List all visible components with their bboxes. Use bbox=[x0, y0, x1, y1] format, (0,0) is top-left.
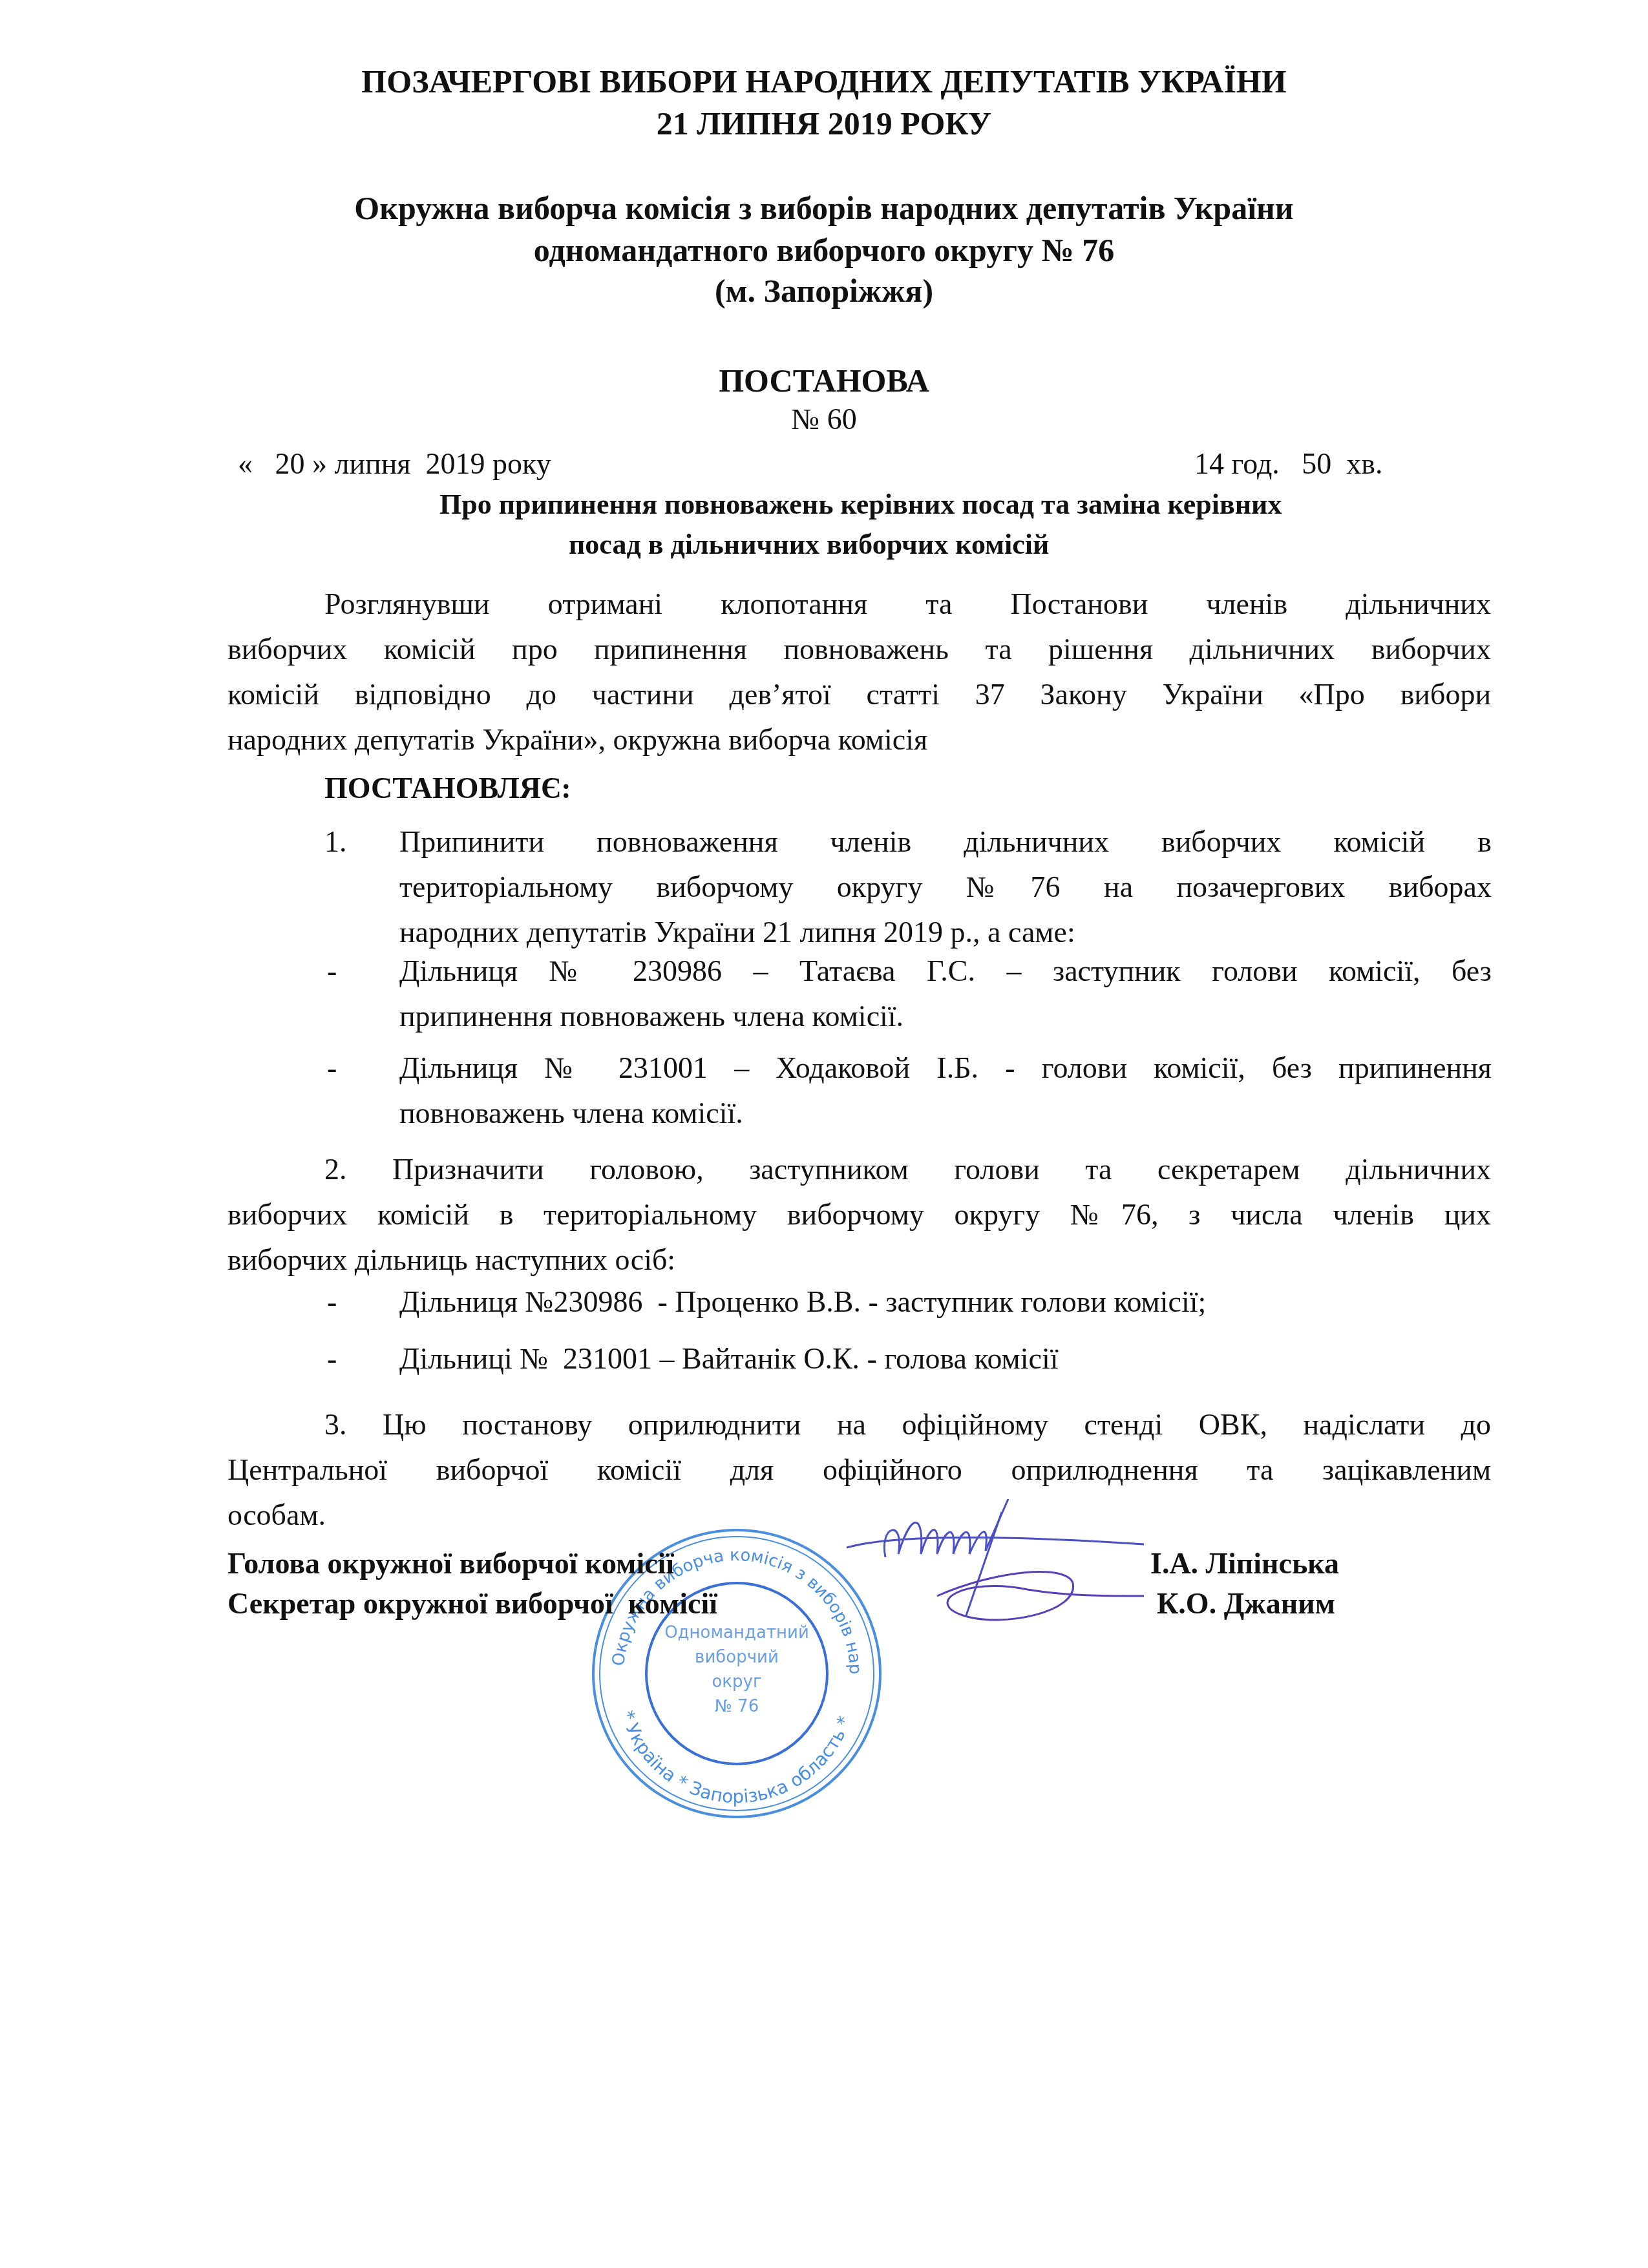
handwritten-signature-icon bbox=[834, 1499, 1170, 1641]
item2-line: виборчих дільниць наступних осіб: bbox=[227, 1237, 1491, 1283]
item2-text: 2. Призначити головою, заступником голов… bbox=[227, 1147, 1491, 1283]
secretary-title: Секретар окружної виборчої комісії bbox=[227, 1584, 717, 1623]
bullet-marker: - bbox=[327, 1045, 337, 1091]
svg-text:Одномандатний: Одномандатний bbox=[664, 1623, 809, 1643]
svg-text:* Україна * Запорізька область: * Україна * Запорізька область * bbox=[617, 1708, 855, 1807]
resolution-subject-line2: посад в дільничних виборчих комісій bbox=[569, 525, 1049, 565]
decision-word: ПОСТАНОВЛЯЄ: bbox=[324, 766, 571, 811]
preamble-line: Розглянувши отримані клопотання та Поста… bbox=[227, 582, 1491, 627]
list-item: Дільниці № 231001 – Вайтанік О.К. - голо… bbox=[399, 1336, 1058, 1381]
election-date: 21 ЛИПНЯ 2019 РОКУ bbox=[0, 103, 1648, 143]
chair-name: І.А. Ліпінська bbox=[1150, 1544, 1339, 1583]
election-title: ПОЗАЧЕРГОВІ ВИБОРИ НАРОДНИХ ДЕПУТАТІВ УК… bbox=[0, 61, 1648, 101]
preamble: Розглянувши отримані клопотання та Поста… bbox=[227, 582, 1491, 762]
svg-text:№ 76: № 76 bbox=[715, 1697, 759, 1716]
list-item-line: Дільниця № 231001 – Ходаковой І.Б. - гол… bbox=[399, 1045, 1492, 1091]
resolution-date: « 20 » липня 2019 року bbox=[238, 441, 551, 487]
resolution-subject-line1: Про припинення повноважень керівних поса… bbox=[439, 485, 1282, 525]
bullet-marker: - bbox=[327, 949, 337, 994]
item3-line: 3. Цю постанову оприлюднити на офіційном… bbox=[227, 1402, 1491, 1447]
list-item-line: Дільниця № 230986 – Татаєва Г.С. – засту… bbox=[399, 949, 1492, 994]
resolution-title: ПОСТАНОВА bbox=[0, 360, 1648, 401]
svg-text:виборчий: виборчий bbox=[695, 1648, 779, 1667]
preamble-line: виборчих комісій про припинення повноваж… bbox=[227, 627, 1491, 672]
bullet-marker: - bbox=[327, 1279, 337, 1325]
commission-name: Окружна виборча комісія з виборів народн… bbox=[0, 187, 1648, 229]
item2-line: 2. Призначити головою, заступником голов… bbox=[227, 1147, 1491, 1192]
item1-line: Припинити повноваження членів дільничних… bbox=[399, 819, 1492, 865]
preamble-line: народних депутатів України», окружна виб… bbox=[227, 717, 1491, 762]
list-item-line: припинення повноважень члена комісії. bbox=[399, 994, 1492, 1039]
item3-line: Центральної виборчої комісії для офіційн… bbox=[227, 1447, 1491, 1493]
commission-district: одномандатного виборчого округу № 76 bbox=[0, 229, 1648, 271]
list-item: Дільниця №230986 - Проценко В.В. - засту… bbox=[399, 1279, 1206, 1325]
item1-text: Припинити повноваження членів дільничних… bbox=[399, 819, 1492, 955]
chair-title: Голова окружної виборчої комісії bbox=[227, 1544, 674, 1583]
preamble-line: комісій відповідно до частини дев’ятої с… bbox=[227, 672, 1491, 717]
svg-text:округ: округ bbox=[712, 1672, 761, 1692]
secretary-name: К.О. Джаним bbox=[1157, 1584, 1335, 1623]
item1-marker: 1. bbox=[324, 819, 347, 865]
item1-line: територіальному виборчому округу №76 на … bbox=[399, 865, 1492, 910]
list-item: Дільниця № 230986 – Татаєва Г.С. – засту… bbox=[399, 949, 1492, 1039]
resolution-number: № 60 bbox=[0, 397, 1648, 442]
list-item-line: повноважень члена комісії. bbox=[399, 1091, 1492, 1136]
commission-city: (м. Запоріжжя) bbox=[0, 270, 1648, 311]
resolution-time: 14 год. 50 хв. bbox=[1194, 441, 1383, 487]
item2-line: виборчих комісій в територіальному вибор… bbox=[227, 1192, 1491, 1237]
list-item: Дільниця № 231001 – Ходаковой І.Б. - гол… bbox=[399, 1045, 1492, 1136]
bullet-marker: - bbox=[327, 1336, 337, 1381]
